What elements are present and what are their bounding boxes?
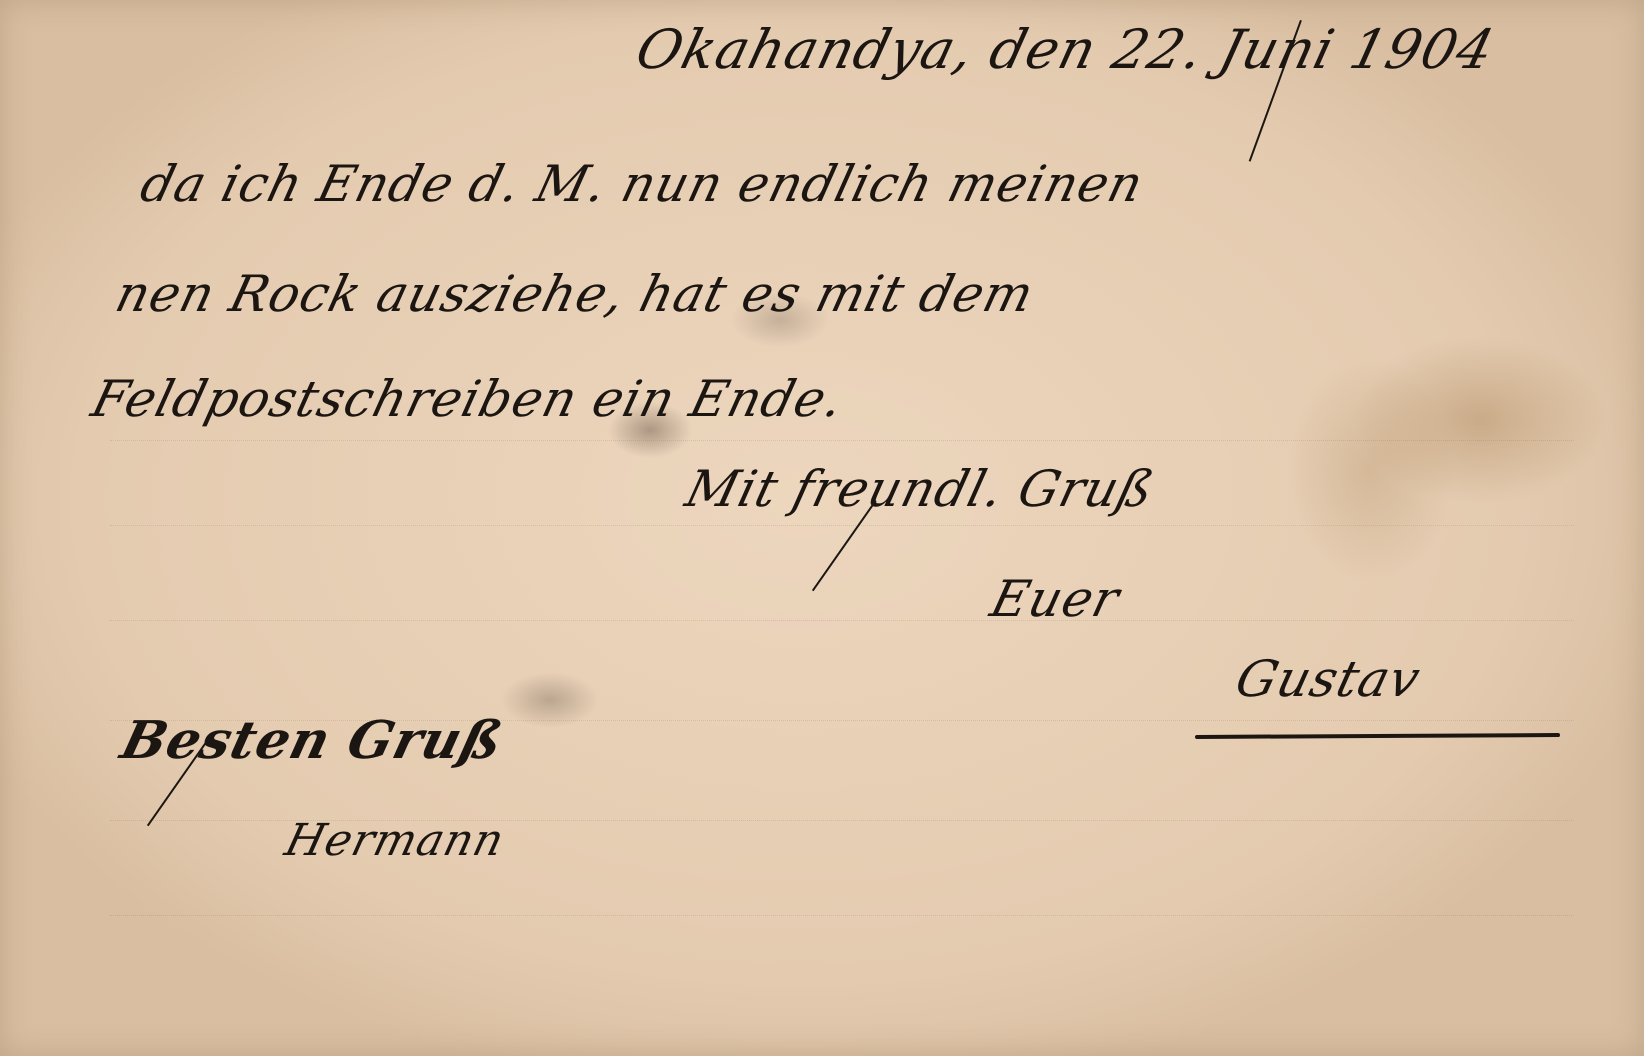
faint-ruled-line bbox=[110, 525, 1574, 526]
postscript-greeting: Besten Gruß bbox=[115, 710, 510, 771]
faint-ruled-line bbox=[110, 620, 1574, 621]
closing-signature-name: Gustav bbox=[1230, 650, 1426, 708]
postcard: Okahandya, den 22. Juni 1904 da ich Ende… bbox=[0, 0, 1644, 1056]
faint-ruled-line bbox=[110, 440, 1574, 441]
body-line-1: da ich Ende d. M. nun endlich meinen bbox=[135, 155, 1150, 213]
signature-underline bbox=[1195, 733, 1560, 739]
closing-greeting: Mit freundl. Gruß bbox=[680, 460, 1160, 518]
faint-ruled-line bbox=[110, 915, 1574, 916]
closing-signature-line1: Euer bbox=[985, 570, 1126, 628]
body-line-3: Feldpostschreiben ein Ende. bbox=[86, 370, 850, 428]
place-date-line: Okahandya, den 22. Juni 1904 bbox=[630, 18, 1501, 81]
postscript-signature: Hermann bbox=[280, 815, 510, 866]
body-line-2: nen Rock ausziehe, hat es mit dem bbox=[110, 265, 1040, 323]
